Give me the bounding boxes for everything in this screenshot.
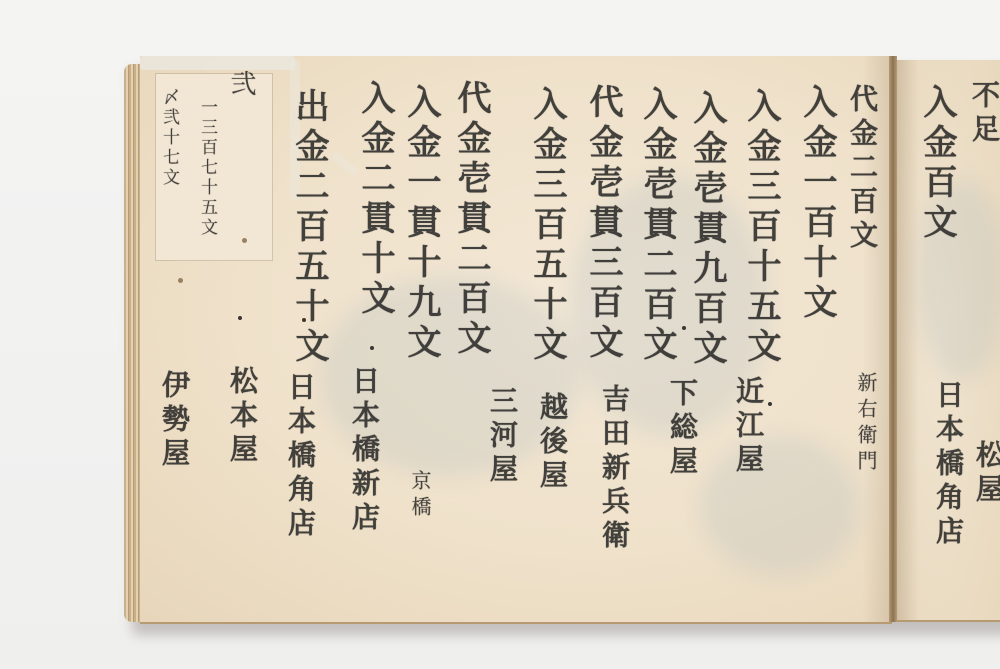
- ledger-entry-name: 吉田新兵衛: [600, 384, 628, 554]
- ledger-entry-name: 松本屋: [228, 366, 256, 468]
- ledger-entry-name: 伊勢屋: [160, 370, 188, 472]
- ledger-entry-name: 日本橋角店: [934, 380, 962, 550]
- wormhole: [242, 238, 247, 243]
- ledger-entry-name: 下総屋: [668, 378, 696, 480]
- ledger-entry-amount: 代金壱貫二百文: [454, 80, 488, 360]
- slip-column: 一三百七十五文: [198, 98, 215, 248]
- ledger-entry-amount: 不足: [970, 80, 998, 148]
- repair-tape: [140, 56, 295, 70]
- ledger-entry-name: 京橋: [410, 470, 430, 522]
- ink-dot: [238, 316, 242, 320]
- ledger-entry-amount: 入金一百十文: [800, 84, 834, 324]
- ledger-entry-name: 越後屋: [538, 392, 566, 494]
- slip-column: 〆弐十七文: [160, 88, 177, 248]
- ledger-entry-amount: 入金壱貫二百文: [640, 86, 674, 366]
- ledger-entry-name: 日本橋角店: [286, 372, 314, 542]
- ledger-entry-amount: 出金二百五十文: [292, 88, 326, 368]
- ledger-entry-amount: 代金壱貫三百文: [586, 84, 620, 364]
- ledger-entry-amount: 入金三百五十文: [530, 86, 564, 366]
- ledger-entry-name: 松屋: [974, 440, 1000, 508]
- ledger-entry-amount: 入金百文: [920, 84, 954, 244]
- ledger-entry-name: 新右衛門: [856, 372, 876, 476]
- ledger-entry-amount: 代金二百文: [848, 84, 876, 254]
- ledger-entry-name: 近江屋: [734, 376, 762, 478]
- ink-offset-stain: [700, 436, 860, 576]
- slip-column: 弐: [228, 70, 254, 99]
- ink-dot: [370, 346, 374, 350]
- ledger-entry-amount: 入金壱貫九百文: [690, 90, 724, 370]
- ledger-entry-amount: 入金一貫十九文: [404, 84, 438, 364]
- ledger-entry-name: 日本橋新店: [350, 366, 378, 536]
- ink-dot: [302, 318, 306, 322]
- ink-dot: [768, 402, 772, 406]
- ledger-entry-amount: 入金二貫十文: [358, 80, 392, 320]
- ledger-entry-amount: 入金三百十五文: [744, 88, 778, 368]
- wormhole: [178, 278, 183, 283]
- book-gutter: [889, 56, 897, 622]
- ledger-entry-name: 三河屋: [488, 386, 516, 488]
- ink-dot: [682, 326, 686, 330]
